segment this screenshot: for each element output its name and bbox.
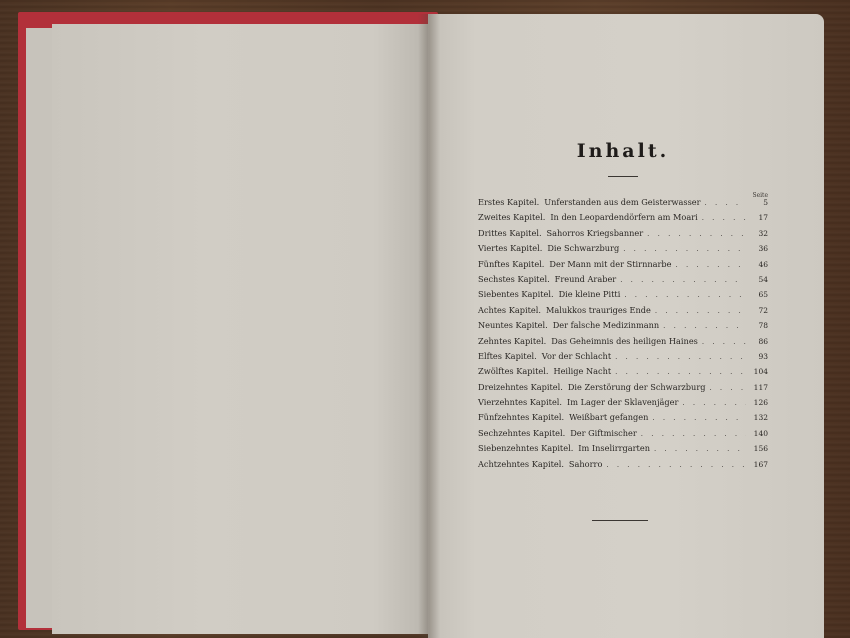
chapter-row: Fünftes Kapitel.Der Mann mit der Stirnna…: [478, 259, 768, 274]
chapter-title: Malukkos trauriges Ende: [546, 305, 651, 315]
leader-dots: [615, 353, 746, 361]
chapter-title: Im Lager der Sklavenjäger: [567, 397, 678, 407]
leader-dots: [624, 291, 746, 299]
leader-dots: [615, 368, 746, 376]
chapter-number: Sechstes Kapitel.: [478, 274, 550, 284]
chapter-row: Dreizehntes Kapitel.Die Zerstörung der S…: [478, 382, 768, 397]
chapter-title: Freund Araber: [555, 274, 617, 284]
leader-dots: [676, 261, 747, 269]
leader-dots: [623, 245, 746, 253]
chapter-page: 117: [750, 383, 768, 392]
chapter-title: Die kleine Pitti: [559, 289, 621, 299]
heading-rule: [608, 176, 638, 177]
chapter-title: Unferstanden aus dem Geisterwasser: [544, 197, 700, 207]
chapter-number: Zehntes Kapitel.: [478, 336, 546, 346]
chapter-number: Zwölftes Kapitel.: [478, 366, 548, 376]
chapter-number: Zweites Kapitel.: [478, 212, 545, 222]
chapter-title: Vor der Schlacht: [542, 351, 611, 361]
chapter-list: Erstes Kapitel.Unferstanden aus dem Geis…: [478, 197, 768, 474]
left-page-blank: [52, 24, 430, 634]
chapter-title: Im Inselirrgarten: [578, 443, 650, 453]
toc-heading: Inhalt.: [478, 140, 768, 162]
leader-dots: [709, 384, 746, 392]
chapter-row: Zwölftes Kapitel.Heilige Nacht104: [478, 366, 768, 381]
chapter-number: Elftes Kapitel.: [478, 351, 537, 361]
chapter-row: Zehntes Kapitel.Das Geheimnis des heilig…: [478, 336, 768, 351]
chapter-row: Neuntes Kapitel.Der falsche Medizinmann7…: [478, 320, 768, 335]
leader-dots: [655, 307, 746, 315]
leader-dots: [620, 276, 746, 284]
chapter-title: Heilige Nacht: [553, 366, 611, 376]
chapter-title: Der Mann mit der Stirnnarbe: [549, 259, 671, 269]
leader-dots: [654, 445, 746, 453]
leader-dots: [641, 430, 746, 438]
chapter-title: Weißbart gefangen: [569, 412, 648, 422]
chapter-title: Sahorros Kriegsbanner: [547, 228, 644, 238]
chapter-number: Viertes Kapitel.: [478, 243, 542, 253]
chapter-page: 46: [750, 260, 768, 269]
chapter-title: Die Schwarzburg: [547, 243, 619, 253]
leader-dots: [702, 338, 746, 346]
chapter-page: 5: [750, 198, 768, 207]
chapter-row: Vierzehntes Kapitel.Im Lager der Sklaven…: [478, 397, 768, 412]
chapter-page: 140: [750, 429, 768, 438]
leader-dots: [663, 322, 746, 330]
chapter-page: 93: [750, 352, 768, 361]
chapter-number: Fünftes Kapitel.: [478, 259, 544, 269]
leader-dots: [705, 199, 746, 207]
chapter-page: 132: [750, 413, 768, 422]
chapter-row: Fünfzehntes Kapitel.Weißbart gefangen132: [478, 412, 768, 427]
chapter-number: Vierzehntes Kapitel.: [478, 397, 562, 407]
chapter-page: 86: [750, 337, 768, 346]
chapter-title: Das Geheimnis des heiligen Haines: [551, 336, 698, 346]
chapter-number: Sechzehntes Kapitel.: [478, 428, 565, 438]
chapter-page: 78: [750, 321, 768, 330]
chapter-page: 54: [750, 275, 768, 284]
chapter-page: 167: [750, 460, 768, 469]
chapter-page: 65: [750, 290, 768, 299]
chapter-page: 126: [750, 398, 768, 407]
closing-rule: [592, 520, 648, 521]
chapter-row: Achtes Kapitel.Malukkos trauriges Ende72: [478, 305, 768, 320]
leader-dots: [606, 461, 746, 469]
leader-dots: [647, 230, 746, 238]
chapter-row: Sechzehntes Kapitel.Der Giftmischer140: [478, 428, 768, 443]
chapter-title: Sahorro: [569, 459, 602, 469]
chapter-row: Siebenzehntes Kapitel.Im Inselirrgarten1…: [478, 443, 768, 458]
chapter-page: 36: [750, 244, 768, 253]
chapter-row: Viertes Kapitel.Die Schwarzburg36: [478, 243, 768, 258]
book-gutter: [418, 14, 440, 638]
chapter-number: Neuntes Kapitel.: [478, 320, 548, 330]
chapter-number: Achtzehntes Kapitel.: [478, 459, 564, 469]
chapter-number: Dreizehntes Kapitel.: [478, 382, 563, 392]
chapter-row: Sechstes Kapitel.Freund Araber54: [478, 274, 768, 289]
chapter-row: Zweites Kapitel.In den Leopardendörfern …: [478, 212, 768, 227]
chapter-number: Siebentes Kapitel.: [478, 289, 554, 299]
chapter-page: 72: [750, 306, 768, 315]
chapter-page: 17: [750, 213, 768, 222]
chapter-title: Der Giftmischer: [570, 428, 637, 438]
chapter-page: 156: [750, 444, 768, 453]
chapter-number: Drittes Kapitel.: [478, 228, 542, 238]
chapter-row: Erstes Kapitel.Unferstanden aus dem Geis…: [478, 197, 768, 212]
leader-dots: [682, 399, 746, 407]
chapter-number: Achtes Kapitel.: [478, 305, 541, 315]
chapter-title: In den Leopardendörfern am Moari: [550, 212, 697, 222]
chapter-row: Achtzehntes Kapitel.Sahorro167: [478, 459, 768, 474]
chapter-row: Elftes Kapitel.Vor der Schlacht93: [478, 351, 768, 366]
chapter-number: Siebenzehntes Kapitel.: [478, 443, 573, 453]
chapter-page: 104: [750, 367, 768, 376]
leader-dots: [702, 214, 746, 222]
chapter-row: Siebentes Kapitel.Die kleine Pitti65: [478, 289, 768, 304]
table-of-contents: Inhalt. Seite Erstes Kapitel.Unferstande…: [478, 140, 768, 177]
chapter-title: Die Zerstörung der Schwarzburg: [568, 382, 706, 392]
chapter-row: Drittes Kapitel.Sahorros Kriegsbanner32: [478, 228, 768, 243]
leader-dots: [652, 414, 746, 422]
chapter-number: Fünfzehntes Kapitel.: [478, 412, 564, 422]
chapter-page: 32: [750, 229, 768, 238]
chapter-title: Der falsche Medizinmann: [553, 320, 659, 330]
chapter-number: Erstes Kapitel.: [478, 197, 539, 207]
